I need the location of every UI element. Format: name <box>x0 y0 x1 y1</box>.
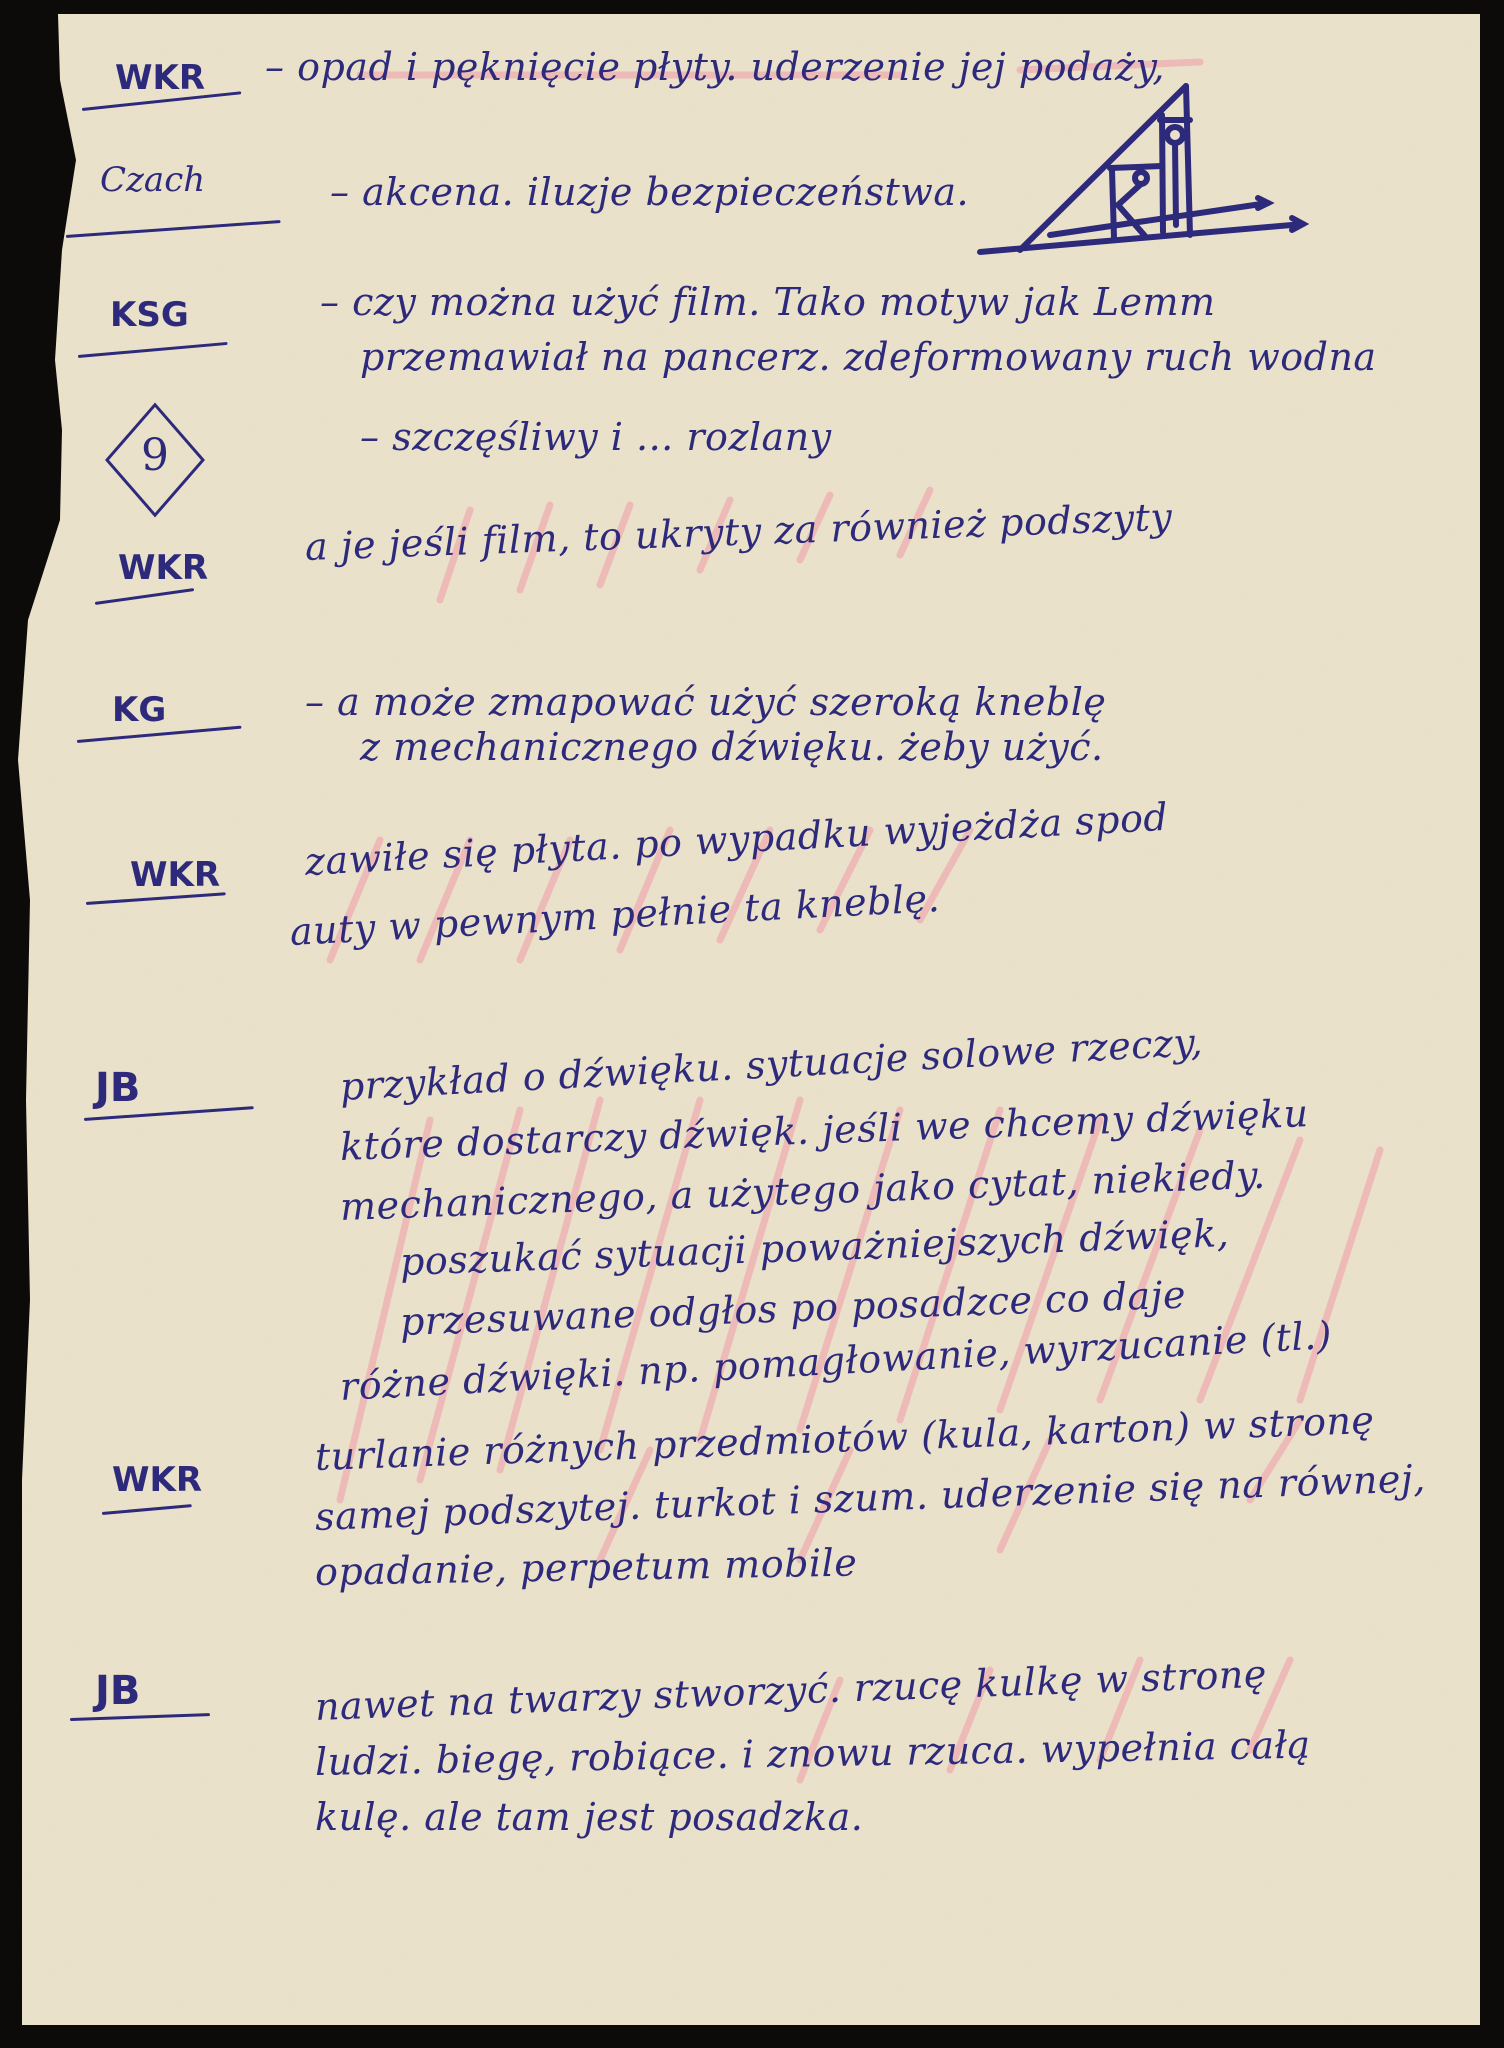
speaker-label: WKR <box>130 855 220 895</box>
handwritten-line: z mechanicznego dźwięku. żeby użyć. <box>360 725 1104 769</box>
handwritten-line: – czy można użyć film. Tako motyw jak Le… <box>320 280 1216 324</box>
speaker-label: WKR <box>112 1460 202 1500</box>
gallows-sketch-icon <box>960 70 1320 270</box>
speaker-label: JB <box>95 1668 140 1714</box>
handwritten-line: przemawiał na pancerz. zdeformowany ruch… <box>360 335 1377 379</box>
speaker-label: KSG <box>110 295 189 335</box>
speaker-label: WKR <box>115 58 205 98</box>
badge-number: 9 <box>125 430 185 481</box>
speaker-label: WKR <box>118 548 208 588</box>
handwritten-line: – szczęśliwy i ... rozlany <box>360 415 832 459</box>
manuscript-page: WKR – opad i pęknięcie płyty. uderzenie … <box>0 0 1504 2048</box>
speaker-label: KG <box>112 690 166 730</box>
speaker-label: Czach <box>100 160 205 200</box>
handwritten-line: kulę. ale tam jest posadzka. <box>315 1795 863 1839</box>
speaker-label: JB <box>95 1065 140 1111</box>
handwritten-line: – a może zmapować użyć szeroką kneblę <box>305 680 1106 724</box>
handwritten-line: – akcena. iluzje bezpieczeństwa. <box>330 170 969 214</box>
